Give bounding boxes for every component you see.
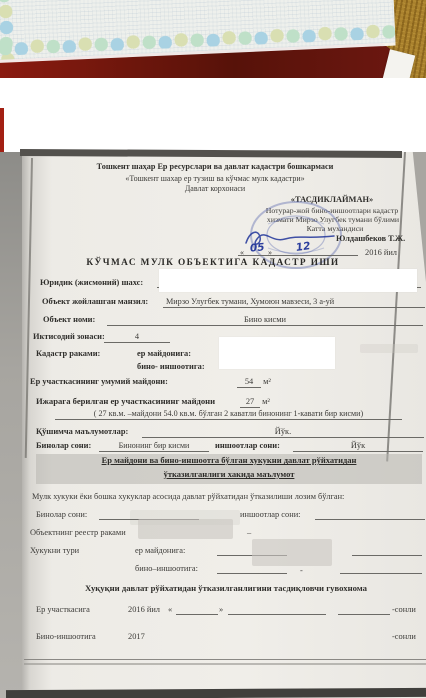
redaction-block-top [0, 78, 426, 154]
leased-note: ( 27 кв.м. –майдони 54.0 кв.м. бўлган 2 … [55, 408, 402, 420]
econ-zone-value: 4 [104, 331, 170, 343]
total-area-value: 54 м² [237, 376, 271, 388]
org-line-1: Тошкент шаҳар Ер ресурслари ва давлат ка… [40, 161, 390, 172]
registry-dash: – [247, 527, 251, 538]
date-quote-close: » [268, 247, 272, 258]
reg-land-area-label: ер майдонига: [135, 545, 185, 556]
reg-building-label: бино–иншоотига: [135, 563, 198, 574]
reg-buildings-count-label: Бинолар сони: [36, 509, 87, 520]
cadastre-land-label: ер майдонига: [137, 348, 191, 359]
total-area-unit: м² [263, 377, 271, 386]
total-area-number: 54 [237, 376, 261, 388]
object-name-value: Бино кисми [107, 314, 423, 326]
cert-quote-open: « [168, 604, 172, 615]
buildings-count-label: Бинолар сони: [36, 440, 91, 451]
photo-of-cadastre-document: Тошкент шаҳар Ер ресурслари ва давлат ка… [0, 0, 426, 698]
cert-month-line [228, 604, 326, 615]
redaction-cadastre-number [219, 337, 335, 369]
red-book-sliver [0, 108, 4, 154]
cert-land-label: Ер участкасига [36, 604, 90, 615]
cert-land-year: 2016 йил [128, 604, 160, 615]
document-title: КЎЧМАС МУЛК ОБЪЕКТИГА КАДАСТР ИШИ [40, 258, 386, 269]
buildings-count-value: Бинонинг бир кисми [99, 440, 209, 452]
cert-building-year: 2017 [128, 631, 145, 642]
structures-count-value: Йўк [293, 440, 423, 452]
footer-rule [24, 659, 426, 663]
right-type-label: Хукукни тури [30, 545, 79, 556]
cadastre-building-label: бино- иншоотига: [137, 361, 205, 372]
extra-label: Қўшимча маълумотлар: [36, 426, 128, 437]
photo-bottom-edge [6, 688, 426, 698]
cert-building-suffix: -сонли [392, 631, 416, 642]
certificate-heading: Хуқуқни давлат рўйхатидан ўтказилганлиги… [36, 583, 416, 594]
registration-heading-1: Ер майдони ва бино-иншоотга бўлган хукук… [36, 455, 422, 466]
leased-label: Ижарага берилган ер участкасининг майдон… [36, 396, 215, 407]
econ-zone-label: Иктисодий зонаси: [33, 331, 105, 342]
cert-building-label: Бино-иншоотига [36, 631, 96, 642]
cert-quote-close: » [219, 604, 223, 615]
address-label: Объект жойлашган манзил: [42, 296, 148, 307]
leased-number: 27 [240, 396, 260, 408]
date-day-handwritten: 05 [250, 242, 266, 254]
registry-number-label: Объектнинг реестр раками [30, 527, 126, 538]
date-month-handwritten: 12 [295, 241, 311, 254]
cert-number-line [338, 604, 390, 615]
org-line-3: Давлат корхонаси [40, 183, 390, 194]
reg-structures-count-line [315, 509, 425, 520]
date-quote-open: « [240, 247, 244, 258]
redaction-registry-number [138, 519, 233, 539]
reg-building-line-1 [217, 563, 287, 574]
registration-intro: Мулк хукуки ёки бошка хукуклар асосида д… [32, 491, 344, 502]
smudge-right [360, 344, 418, 353]
reg-land-line-2 [352, 545, 422, 556]
reg-building-dash: - [300, 565, 303, 576]
legal-person-label: Юридик (жисмоний) шахс: [40, 277, 143, 288]
approver-name: Юлдашбеков Т.Ж. [336, 233, 405, 244]
registration-heading-2: ўтказилганлиги хакида маълумот [36, 469, 422, 480]
cert-land-suffix: -сонли [392, 604, 416, 615]
redaction-right-type [252, 539, 332, 566]
leased-value: 27 м² [240, 396, 270, 408]
date-year: 2016 йил [365, 247, 397, 258]
address-value: Мирзо Улугбек тумани, Хумоюн мавзеси, 3 … [163, 296, 425, 308]
leased-unit: м² [262, 397, 270, 406]
object-name-label: Объект номи: [43, 314, 95, 325]
extra-value: Йўк. [142, 426, 424, 438]
cadastre-number-label: Кадастр раками: [36, 348, 100, 359]
cert-day-line [176, 604, 218, 615]
total-area-label: Ер участкасининг умумий майдони: [30, 376, 168, 387]
reg-structures-count-label: иншоотлар сони: [240, 509, 301, 520]
reg-building-line-2 [340, 563, 422, 574]
redaction-legal-person [159, 269, 417, 292]
structures-count-label: иншоотлар сони: [215, 440, 280, 451]
